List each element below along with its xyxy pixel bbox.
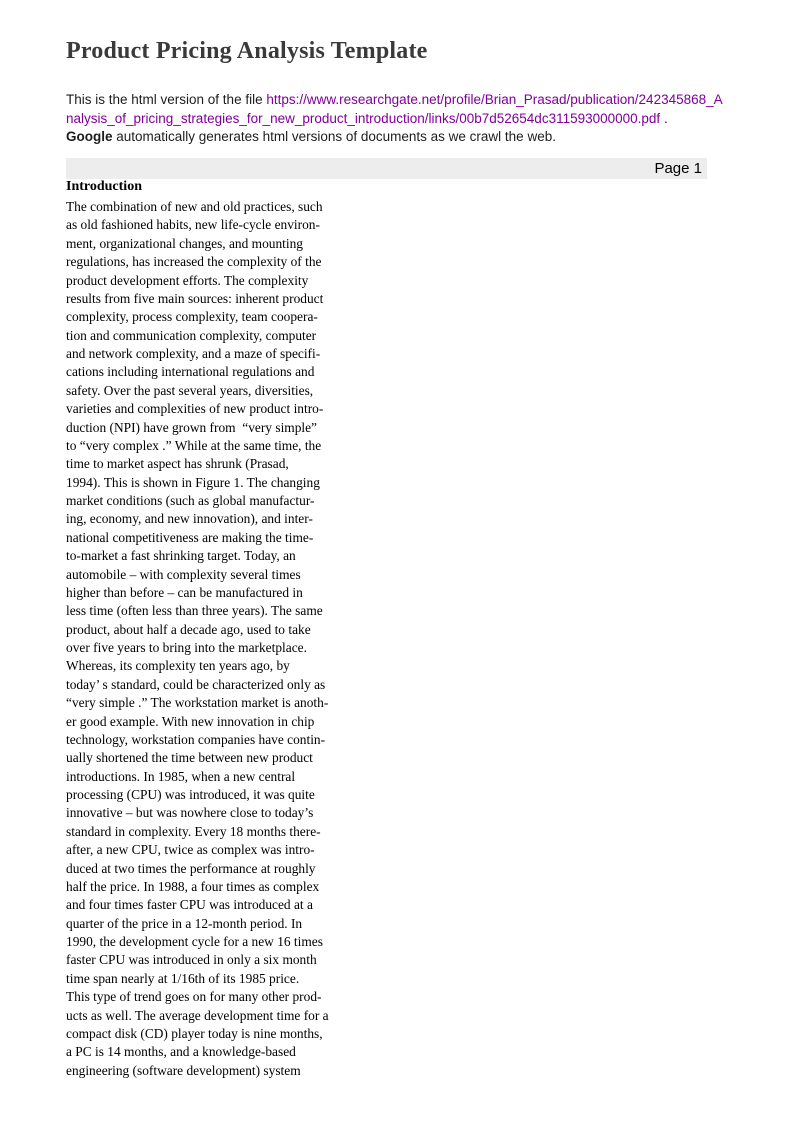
google-cache-document-page: { "header": { "title": "Product Pricing … [0, 0, 793, 1122]
cache-notice-suffix: automatically generates html versions of… [113, 129, 556, 144]
page-title: Product Pricing Analysis Template [66, 38, 428, 65]
cache-notice-after-link: . [660, 111, 668, 126]
page-number-label: Page 1 [654, 160, 702, 177]
intro-paragraph: The combination of new and old practices… [66, 198, 346, 1080]
page-divider-bar: Page 1 [66, 158, 707, 179]
google-label: Google [66, 129, 113, 144]
cache-notice: This is the html version of the file htt… [66, 91, 726, 147]
cache-notice-prefix: This is the html version of the file [66, 92, 266, 107]
section-heading-introduction: Introduction [66, 179, 142, 195]
